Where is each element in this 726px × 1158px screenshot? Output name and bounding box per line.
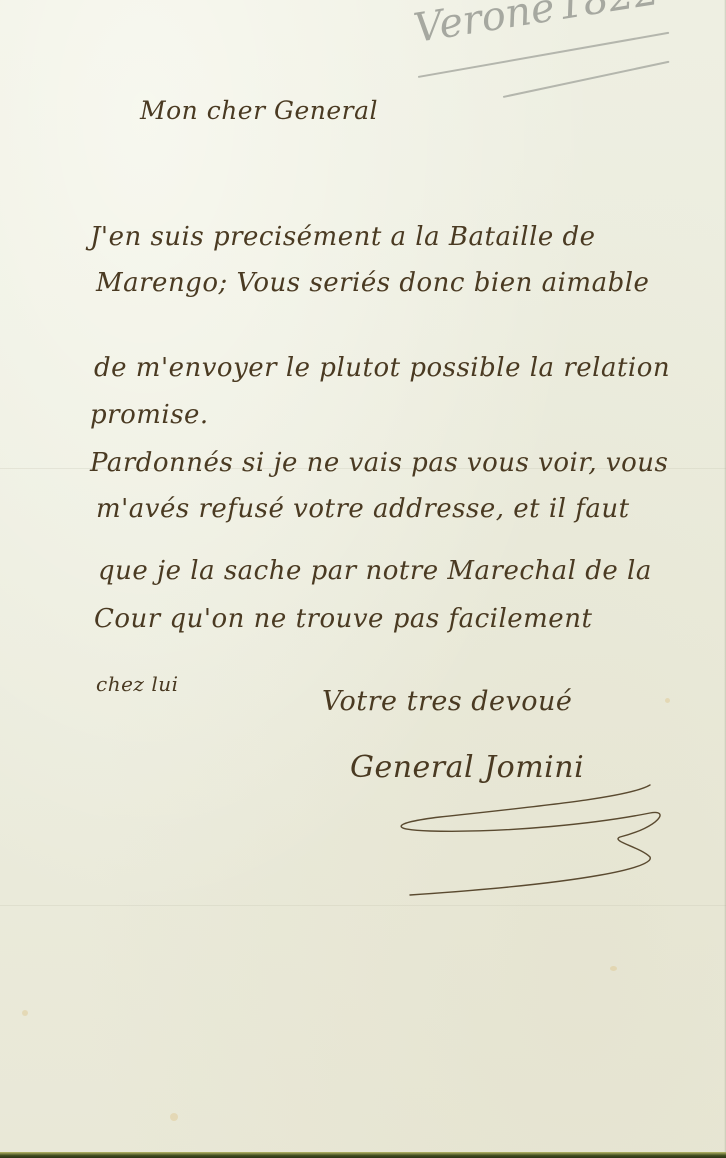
letter-page: Verone1822 Mon cher General J'en suis pr… [0,0,726,1158]
letter-line: de m'envoyer le plutot possible la relat… [94,353,670,383]
scan-edge [0,1152,726,1158]
annotation-place: Verone [411,0,558,52]
annotation-year: 1822 [555,0,663,29]
letter-line: Pardonnés si je ne vais pas vous voir, v… [90,448,668,478]
pencil-underline [503,61,670,98]
foxing-spot [170,1113,178,1121]
closing: Votre tres devoué [322,686,572,717]
letter-line: promise. [90,400,209,430]
letter-line: m'avés refusé votre addresse, et il faut [96,494,630,524]
foxing-spot [665,698,670,703]
archival-annotation: Verone1822 [411,0,662,52]
fold-line [0,905,726,906]
letter-line: J'en suis precisément a la Bataille de [90,222,596,252]
foxing-spot [610,966,617,971]
letter-line: que je la sache par notre Marechal de la [98,556,652,586]
foxing-spot [22,1010,28,1016]
letter-line: chez lui [96,672,179,696]
signature-flourish-icon [350,775,680,905]
letter-line: Marengo; Vous seriés donc bien aimable [96,268,649,298]
salutation: Mon cher General [140,96,378,125]
letter-line: Cour qu'on ne trouve pas facilement [94,604,592,634]
